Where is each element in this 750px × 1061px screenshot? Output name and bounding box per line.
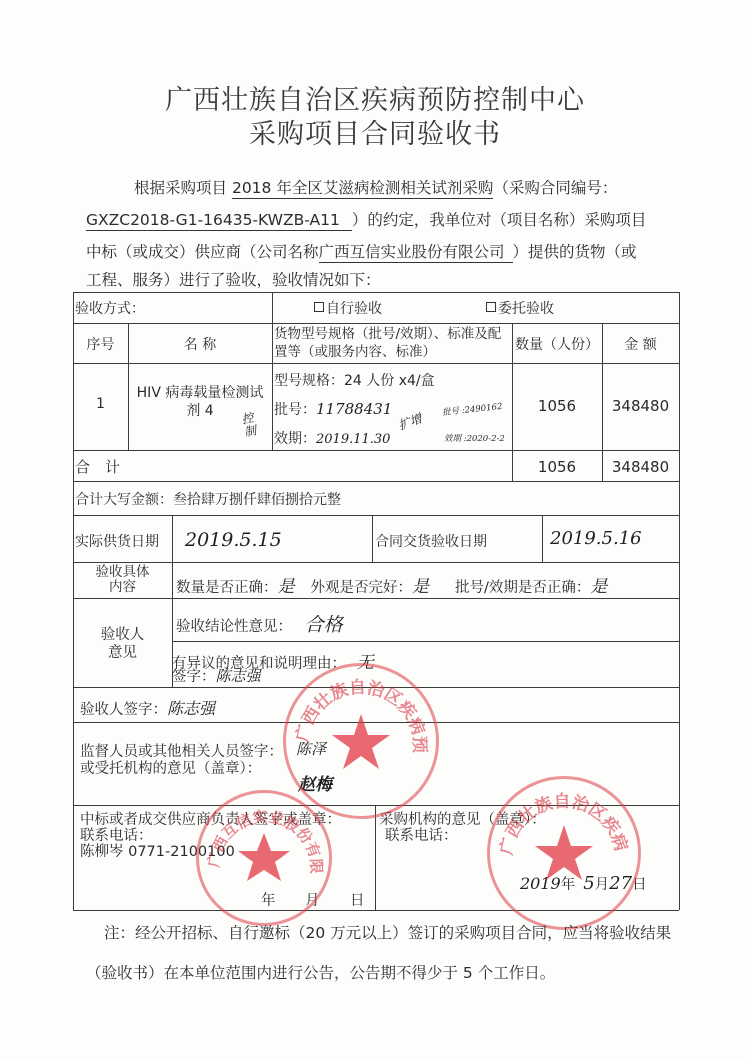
item-index: 1 bbox=[73, 396, 128, 412]
supplier-date-month: 月 bbox=[305, 889, 320, 910]
item-expiry-value: 2019.11.30 bbox=[316, 432, 390, 447]
agency-date-day-value: 27 bbox=[609, 873, 632, 894]
inspector-signature-value: 陈志强 bbox=[167, 699, 215, 718]
supervisor-line2: 或受托机构的意见（盖章）： bbox=[80, 757, 261, 778]
item-expiry-label: 效期： bbox=[274, 431, 316, 447]
header-amount: 金 额 bbox=[602, 334, 679, 354]
header-quantity: 数量（人份） bbox=[512, 334, 602, 354]
header-name: 名 称 bbox=[128, 334, 272, 354]
total-amount: 348480 bbox=[602, 458, 679, 476]
appearance-value: 是 bbox=[412, 577, 429, 597]
document-title-line2: 采购项目合同验收书 bbox=[0, 112, 750, 151]
item-spec: 型号规格：24 人份 x4/盒 bbox=[274, 370, 435, 390]
option-self-acceptance-label: 自行验收 bbox=[326, 301, 382, 317]
inspector-signature-label: 验收人签字： bbox=[80, 702, 167, 718]
supplier-name: 广西互信实业股份有限公司 bbox=[319, 243, 513, 263]
contract-acceptance-date-label: 合同交货验收日期 bbox=[375, 531, 487, 551]
contract-acceptance-date-value: 2019.5.16 bbox=[550, 528, 642, 549]
intro-contract-label: （采购合同编号： bbox=[493, 179, 617, 197]
actual-supply-date-value: 2019.5.15 bbox=[185, 529, 282, 551]
appearance-label: 外观是否完好： bbox=[311, 580, 413, 596]
intro-prefix: 根据采购项目 bbox=[134, 179, 227, 197]
checkbox-self-acceptance[interactable] bbox=[314, 302, 324, 312]
item-batch-label: 批号： bbox=[274, 402, 316, 418]
opinion-signature: 签字：陈志强 bbox=[172, 665, 261, 686]
cdc-seal-bottom: 广西壮族自治区疾病预防控制中心 bbox=[487, 776, 641, 930]
supplier-contact: 陈柳岑 0771-2100100 bbox=[80, 840, 235, 861]
quantity-correct-value: 是 bbox=[278, 577, 295, 597]
intro-line4: 工程、服务）进行了验收，验收情况如下： bbox=[86, 268, 381, 290]
amount-in-words-label: 合计大写金额： bbox=[75, 492, 173, 508]
item-quantity: 1056 bbox=[512, 397, 602, 415]
agency-date-year: 年 bbox=[561, 877, 576, 893]
star-icon bbox=[238, 833, 290, 881]
agency-date: 2019年5月27日 bbox=[520, 873, 647, 894]
inspector-opinion-label: 验收人意见 bbox=[73, 626, 172, 662]
total-quantity: 1056 bbox=[512, 458, 602, 476]
header-spec: 货物型号规格（批号/效期）、标准及配置等（或服务内容、标准） bbox=[274, 325, 512, 361]
amount-in-words: 合计大写金额：叁拾肆万捌仟肆佰捌拾元整 bbox=[75, 489, 341, 509]
checkbox-entrusted-acceptance[interactable] bbox=[486, 302, 496, 312]
agency-date-month: 月 bbox=[595, 877, 610, 893]
agency-date-day: 日 bbox=[632, 877, 647, 893]
note-line2: （验收书）在本单位范围内进行公告，公告期不得少于 5 个工作日。 bbox=[86, 961, 555, 983]
conclusion-label: 验收结论性意见： bbox=[176, 619, 292, 635]
item-amount: 348480 bbox=[602, 397, 679, 415]
objection-value: 无 bbox=[357, 653, 374, 673]
star-icon bbox=[535, 825, 593, 880]
conclusion-value: 合格 bbox=[305, 614, 343, 636]
item-batch: 批号：11788431 bbox=[274, 399, 392, 419]
conclusion: 验收结论性意见： 合格 bbox=[176, 610, 343, 637]
acceptance-content-label: 验收具体内容 bbox=[73, 565, 172, 595]
opinion-sign-label: 签字： bbox=[172, 669, 216, 685]
inspector-signature: 验收人签字：陈志强 bbox=[80, 696, 215, 719]
amount-in-words-value: 叁拾肆万捌仟肆佰捌拾元整 bbox=[173, 492, 341, 508]
supplier-date-year: 年 bbox=[261, 889, 276, 910]
batch-correct-label: 批号/效期是否正确： bbox=[455, 580, 590, 596]
batch-correct-value: 是 bbox=[590, 577, 607, 597]
supervisor-signature-2: 赵梅 bbox=[298, 770, 332, 795]
annotation-amplify: 扩增 bbox=[396, 409, 424, 433]
intro-line2-text: ）的约定，我单位对（项目名称）采购项目 bbox=[352, 211, 647, 229]
note-line1: 注：经公开招标、自行邀标（20 万元以上）签订的采购项目合同，应当将验收结果 bbox=[104, 921, 671, 943]
intro-supplier-label: 中标（或成交）供应商（公司名称 bbox=[86, 243, 319, 261]
acceptance-checks: 数量是否正确：是外观是否完好：是批号/效期是否正确：是 bbox=[176, 572, 607, 597]
actual-supply-date-label: 实际供货日期 bbox=[75, 531, 159, 551]
contract-number: GXZC2018-G1-16435-KWZB-A11 bbox=[86, 211, 352, 231]
supplier-date-day: 日 bbox=[350, 889, 365, 910]
item-batch-value: 11788431 bbox=[316, 400, 392, 418]
annotation-expiry: 效期 :2020-2-2 bbox=[444, 432, 505, 444]
opinion-sign-value: 陈志强 bbox=[216, 667, 261, 685]
option-self-acceptance[interactable]: 自行验收 bbox=[314, 298, 382, 318]
agency-date-year-value: 2019 bbox=[520, 874, 561, 893]
agency-date-month-value: 5 bbox=[583, 873, 594, 894]
intro-line1: 根据采购项目 2018 年全区艾滋病检测相关试剂采购（采购合同编号： bbox=[134, 176, 617, 198]
intro-line3-text: ）提供的货物（或 bbox=[513, 243, 637, 261]
header-index: 序号 bbox=[73, 334, 128, 354]
intro-line3: 中标（或成交）供应商（公司名称广西互信实业股份有限公司）提供的货物（或 bbox=[86, 240, 637, 262]
acceptance-method-label: 验收方式： bbox=[75, 298, 145, 318]
option-entrusted-acceptance-label: 委托验收 bbox=[498, 301, 554, 317]
quantity-correct-label: 数量是否正确： bbox=[176, 580, 278, 596]
agency-line2: 联系电话： bbox=[385, 824, 458, 845]
annotation-batch: 批号 :2490162 bbox=[442, 400, 503, 418]
item-expiry: 效期：2019.11.30 bbox=[274, 428, 390, 448]
intro-line2: GXZC2018-G1-16435-KWZB-A11）的约定，我单位对（项目名称… bbox=[86, 208, 646, 230]
supervisor-signature-1: 陈泽 bbox=[296, 738, 326, 759]
project-name: 2018 年全区艾滋病检测相关试剂采购 bbox=[232, 179, 493, 199]
option-entrusted-acceptance[interactable]: 委托验收 bbox=[486, 298, 554, 318]
total-label: 合 计 bbox=[75, 456, 120, 477]
